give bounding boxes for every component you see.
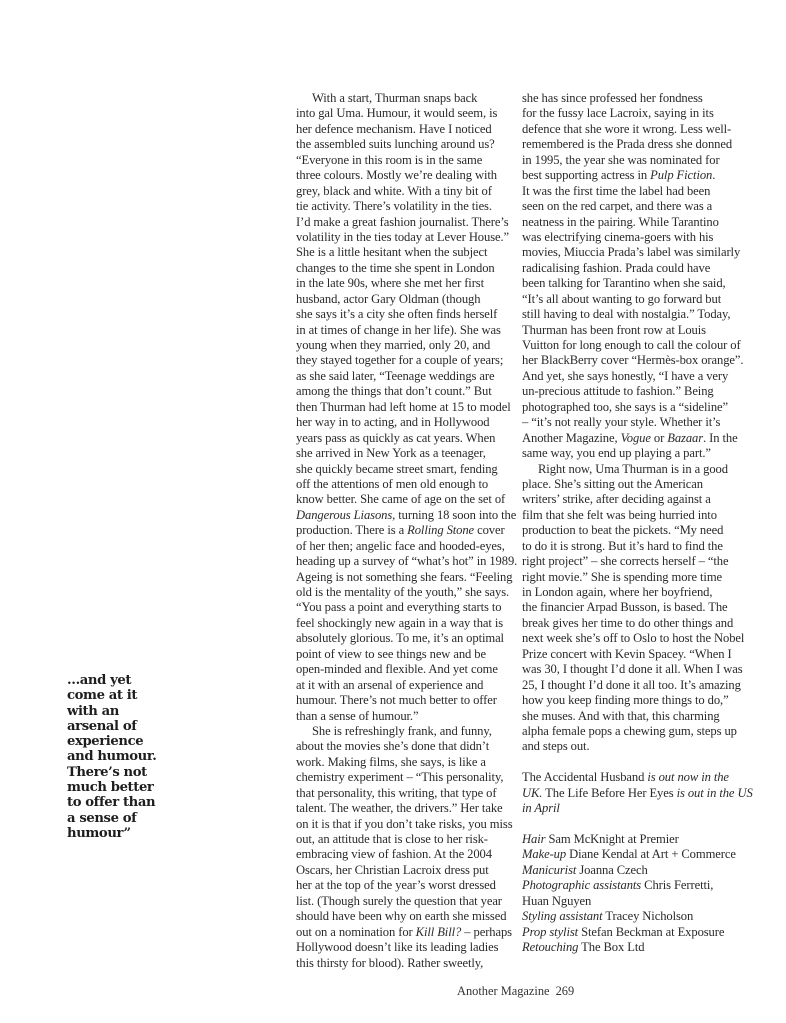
text-run: into gal Uma. Humour, it would seem, is bbox=[296, 106, 497, 120]
article-line: the financier Arpad Busson, is based. Th… bbox=[522, 600, 762, 615]
text-run: Oscars, her Christian Lacroix dress put bbox=[296, 863, 489, 877]
article-line: point of view to see things new and be bbox=[296, 647, 516, 662]
pull-quote-line: and humour. bbox=[67, 749, 187, 764]
text-run: the assembled suits lunching around us? bbox=[296, 137, 495, 151]
article-line: remembered is the Prada dress she donned bbox=[522, 137, 762, 152]
article-line: It was the first time the label had been bbox=[522, 184, 762, 199]
text-run: among the things that don’t count.” But bbox=[296, 384, 492, 398]
credit-role: Photographic assistants bbox=[522, 878, 641, 892]
article-line: open-minded and flexible. And yet come bbox=[296, 662, 516, 677]
text-run: same way, you end up playing a part.” bbox=[522, 446, 711, 460]
article-line: then Thurman had left home at 15 to mode… bbox=[296, 400, 516, 415]
article-line: Oscars, her Christian Lacroix dress put bbox=[296, 863, 516, 878]
article-line: should have been why on earth she missed bbox=[296, 909, 516, 924]
text-run: this thirsty for blood). Rather sweetly, bbox=[296, 956, 483, 970]
film-title: The Accidental Husband bbox=[522, 770, 644, 784]
credit-line: Manicurist Joanna Czech bbox=[522, 863, 762, 878]
text-run: seen on the red carpet, and there was a bbox=[522, 199, 712, 213]
article-line: Hollywood doesn’t like its leading ladie… bbox=[296, 940, 516, 955]
credit-line: Retouching The Box Ltd bbox=[522, 940, 762, 955]
article-line: volatility in the ties today at Lever Ho… bbox=[296, 230, 516, 245]
article-line: And yet, she says honestly, “I have a ve… bbox=[522, 369, 762, 384]
article-line: She is refreshingly frank, and funny, bbox=[296, 724, 516, 739]
article-line: years pass as quickly as cat years. When bbox=[296, 431, 516, 446]
article-line: “You pass a point and everything starts … bbox=[296, 600, 516, 615]
credit-line: Styling assistant Tracey Nicholson bbox=[522, 909, 762, 924]
text-run: cover bbox=[474, 523, 505, 537]
pull-quote-line: a sense of bbox=[67, 811, 187, 826]
text-run: list. (Though surely the question that y… bbox=[296, 894, 502, 908]
article-line: still having to deal with nostalgia.” To… bbox=[522, 307, 762, 322]
article-line: heading up a survey of “what’s hot” in 1… bbox=[296, 554, 516, 569]
article-line: in at times of change in her life). She … bbox=[296, 323, 516, 338]
spacer bbox=[522, 755, 762, 770]
article-line: was 30, I thought I’d done it all. When … bbox=[522, 662, 762, 677]
text-run: alpha female pops a chewing gum, steps u… bbox=[522, 724, 737, 738]
article-line: the assembled suits lunching around us? bbox=[296, 137, 516, 152]
text-run: Hollywood doesn’t like its leading ladie… bbox=[296, 940, 498, 954]
text-run: film that she felt was being hurried int… bbox=[522, 508, 717, 522]
text-run: in at times of change in her life). She … bbox=[296, 323, 501, 337]
credit-line: Prop stylist Stefan Beckman at Exposure bbox=[522, 925, 762, 940]
text-run: Thurman has been front row at Louis bbox=[522, 323, 706, 337]
article-line: her way in to acting, and in Hollywood bbox=[296, 415, 516, 430]
article-line: production to beat the pickets. “My need bbox=[522, 523, 762, 538]
credit-line: Make-up Diane Kendal at Art + Commerce bbox=[522, 847, 762, 862]
article-line: feel shockingly new again in a way that … bbox=[296, 616, 516, 631]
article-line: how you keep finding more things to do,” bbox=[522, 693, 762, 708]
article-line: talent. The weather, the drivers.” Her t… bbox=[296, 801, 516, 816]
text-run: Ageing is not something she fears. “Feel… bbox=[296, 570, 512, 584]
article-line: embracing view of fashion. At the 2004 bbox=[296, 847, 516, 862]
article-line: three colours. Mostly we’re dealing with bbox=[296, 168, 516, 183]
italic-title: Kill Bill? bbox=[416, 925, 462, 939]
text-run: about the movies she’s done that didn’t bbox=[296, 739, 489, 753]
article-line: that personality, this writing, that typ… bbox=[296, 786, 516, 801]
article-line: humour. There’s not much better to offer bbox=[296, 693, 516, 708]
text-run: – “it’s not really your style. Whether i… bbox=[522, 415, 720, 429]
article-line: old is the mentality of the youth,” she … bbox=[296, 585, 516, 600]
article-line: place. She’s sitting out the American bbox=[522, 477, 762, 492]
text-run: her defence mechanism. Have I noticed bbox=[296, 122, 492, 136]
credit-line: Huan Nguyen bbox=[522, 894, 762, 909]
italic-title: Pulp Fiction bbox=[650, 168, 712, 182]
credit-name: The Box Ltd bbox=[578, 940, 644, 954]
pull-quote-line: There’s not bbox=[67, 765, 187, 780]
text-run: “Everyone in this room is in the same bbox=[296, 153, 482, 167]
text-run: “You pass a point and everything starts … bbox=[296, 600, 501, 614]
text-run: feel shockingly new again in a way that … bbox=[296, 616, 503, 630]
text-run: work. Making films, she says, is like a bbox=[296, 755, 486, 769]
text-run: place. She’s sitting out the American bbox=[522, 477, 703, 491]
text-run: as she said later, “Teenage weddings are bbox=[296, 369, 494, 383]
text-run: She is a little hesitant when the subjec… bbox=[296, 245, 487, 259]
text-run: She is refreshingly frank, and funny, bbox=[312, 724, 492, 738]
text-run: off the attentions of men old enough to bbox=[296, 477, 488, 491]
text-run: absolutely glorious. To me, it’s an opti… bbox=[296, 631, 504, 645]
text-run: 25, I thought I’d done it all too. It’s … bbox=[522, 678, 741, 692]
text-run: know better. She came of age on the set … bbox=[296, 492, 505, 506]
article-line: Ageing is not something she fears. “Feel… bbox=[296, 570, 516, 585]
article-line: seen on the red carpet, and there was a bbox=[522, 199, 762, 214]
article-line: I’d make a great fashion journalist. The… bbox=[296, 215, 516, 230]
credit-name: Huan Nguyen bbox=[522, 894, 591, 908]
text-run: photographed too, she says is a “sidelin… bbox=[522, 400, 728, 414]
article-line: she has since professed her fondness bbox=[522, 91, 762, 106]
text-run: in London again, where her boyfriend, bbox=[522, 585, 712, 599]
italic-run: in April bbox=[522, 801, 560, 815]
article-line: grey, black and white. With a tiny bit o… bbox=[296, 184, 516, 199]
text-run: years pass as quickly as cat years. When bbox=[296, 431, 495, 445]
text-run: or bbox=[651, 431, 667, 445]
text-run: right movie.” She is spending more time bbox=[522, 570, 722, 584]
text-run: – perhaps bbox=[461, 925, 512, 939]
text-run: remembered is the Prada dress she donned bbox=[522, 137, 732, 151]
article-line: next week she’s off to Oslo to host the … bbox=[522, 631, 762, 646]
text-run: she says it’s a city she often finds her… bbox=[296, 307, 497, 321]
text-run: next week she’s off to Oslo to host the … bbox=[522, 631, 744, 645]
text-run: the financier Arpad Busson, is based. Th… bbox=[522, 600, 728, 614]
text-run: With a start, Thurman snaps back bbox=[312, 91, 477, 105]
article-line: best supporting actress in Pulp Fiction. bbox=[522, 168, 762, 183]
spacer bbox=[522, 817, 762, 832]
page-number: 269 bbox=[556, 984, 575, 998]
article-line: production. There is a Rolling Stone cov… bbox=[296, 523, 516, 538]
article-line: neatness in the pairing. While Tarantino bbox=[522, 215, 762, 230]
text-run: Right now, Uma Thurman is in a good bbox=[538, 462, 728, 476]
text-run: was electrifying cinema-goers with his bbox=[522, 230, 713, 244]
text-run: It was the first time the label had been bbox=[522, 184, 710, 198]
article-line: off the attentions of men old enough to bbox=[296, 477, 516, 492]
article-line: changes to the time she spent in London bbox=[296, 261, 516, 276]
article-line: – “it’s not really your style. Whether i… bbox=[522, 415, 762, 430]
article-line: radicalising fashion. Prada could have bbox=[522, 261, 762, 276]
text-run: production to beat the pickets. “My need bbox=[522, 523, 723, 537]
article-line: she muses. And with that, this charming bbox=[522, 709, 762, 724]
article-line: as she said later, “Teenage weddings are bbox=[296, 369, 516, 384]
article-line: at it with an arsenal of experience and bbox=[296, 678, 516, 693]
text-run: humour. There’s not much better to offer bbox=[296, 693, 497, 707]
text-run: was 30, I thought I’d done it all. When … bbox=[522, 662, 743, 676]
article-line: movies, Miuccia Prada’s label was simila… bbox=[522, 245, 762, 260]
pull-quote-line: much better bbox=[67, 780, 187, 795]
article-line: to do it is strong. But it’s hard to fin… bbox=[522, 539, 762, 554]
article-line: absolutely glorious. To me, it’s an opti… bbox=[296, 631, 516, 646]
credit-role: Hair bbox=[522, 832, 545, 846]
text-run: heading up a survey of “what’s hot” in 1… bbox=[296, 554, 517, 568]
article-line: her defence mechanism. Have I noticed bbox=[296, 122, 516, 137]
text-run: she has since professed her fondness bbox=[522, 91, 703, 105]
pull-quote-line: arsenal of bbox=[67, 719, 187, 734]
text-run: changes to the time she spent in London bbox=[296, 261, 495, 275]
article-line: right movie.” She is spending more time bbox=[522, 570, 762, 585]
text-run: “It’s all about wanting to go forward bu… bbox=[522, 292, 721, 306]
text-run: I’d make a great fashion journalist. The… bbox=[296, 215, 509, 229]
credit-line: Hair Sam McKnight at Premier bbox=[522, 832, 762, 847]
article-line: know better. She came of age on the set … bbox=[296, 492, 516, 507]
text-run: how you keep finding more things to do,” bbox=[522, 693, 729, 707]
credit-role: Prop stylist bbox=[522, 925, 578, 939]
article-line: tie activity. There’s volatility in the … bbox=[296, 199, 516, 214]
italic-title: Dangerous Liasons bbox=[296, 508, 392, 522]
pull-quote-line: experience bbox=[67, 734, 187, 749]
text-run: chemistry experiment – “This personality… bbox=[296, 770, 503, 784]
credit-line: Photographic assistants Chris Ferretti, bbox=[522, 878, 762, 893]
article-line: this thirsty for blood). Rather sweetly, bbox=[296, 956, 516, 971]
credit-name: Stefan Beckman at Exposure bbox=[578, 925, 724, 939]
text-run: talent. The weather, the drivers.” Her t… bbox=[296, 801, 503, 815]
text-run: Prize concert with Kevin Spacey. “When I bbox=[522, 647, 732, 661]
text-run: embracing view of fashion. At the 2004 bbox=[296, 847, 492, 861]
article-line: Right now, Uma Thurman is in a good bbox=[522, 462, 762, 477]
article-line: was electrifying cinema-goers with his bbox=[522, 230, 762, 245]
text-run: out on a nomination for bbox=[296, 925, 416, 939]
article-line: Another Magazine, Vogue or Bazaar. In th… bbox=[522, 431, 762, 446]
text-run: and steps out. bbox=[522, 739, 590, 753]
text-run: been talking for Tarantino when she said… bbox=[522, 276, 726, 290]
credit-role: Styling assistant bbox=[522, 909, 603, 923]
article-line: un-precious attitude to fashion.” Being bbox=[522, 384, 762, 399]
article-line: “Everyone in this room is in the same bbox=[296, 153, 516, 168]
text-run: her BlackBerry cover “Hermès-box orange”… bbox=[522, 353, 743, 367]
text-run: out, an attitude that is close to her ri… bbox=[296, 832, 488, 846]
text-run: for the fussy lace Lacroix, saying in it… bbox=[522, 106, 714, 120]
credit-name: Diane Kendal at Art + Commerce bbox=[566, 847, 736, 861]
page-footer: Another Magazine269 bbox=[457, 984, 574, 999]
text-run: at it with an arsenal of experience and bbox=[296, 678, 483, 692]
article-line: list. (Though surely the question that y… bbox=[296, 894, 516, 909]
text-run: point of view to see things new and be bbox=[296, 647, 486, 661]
text-run: that personality, this writing, that typ… bbox=[296, 786, 496, 800]
credit-role: Make-up bbox=[522, 847, 566, 861]
article-line: Vuitton for long enough to call the colo… bbox=[522, 338, 762, 353]
credit-role: Manicurist bbox=[522, 863, 576, 877]
text-run: right project” – she corrects herself – … bbox=[522, 554, 728, 568]
italic-title: Bazaar bbox=[667, 431, 703, 445]
article-line: break gives her time to do other things … bbox=[522, 616, 762, 631]
text-run: Another Magazine, bbox=[522, 431, 621, 445]
article-line: into gal Uma. Humour, it would seem, is bbox=[296, 106, 516, 121]
article-line: out on a nomination for Kill Bill? – per… bbox=[296, 925, 516, 940]
article-column-left: With a start, Thurman snaps backinto gal… bbox=[296, 91, 516, 971]
text-run: , turning 18 soon into the bbox=[392, 508, 516, 522]
pull-quote: …and yetcome at itwith anarsenal ofexper… bbox=[67, 673, 187, 841]
text-run: un-precious attitude to fashion.” Being bbox=[522, 384, 714, 398]
text-run: writers’ strike, after deciding against … bbox=[522, 492, 711, 506]
article-column-right: she has since professed her fondnessfor … bbox=[522, 91, 762, 956]
text-run: movies, Miuccia Prada’s label was simila… bbox=[522, 245, 740, 259]
article-line: work. Making films, she says, is like a bbox=[296, 755, 516, 770]
article-line: in 1995, the year she was nominated for bbox=[522, 153, 762, 168]
article-line: she arrived in New York as a teenager, bbox=[296, 446, 516, 461]
pull-quote-line: come at it bbox=[67, 688, 187, 703]
text-run: three colours. Mostly we’re dealing with bbox=[296, 168, 497, 182]
text-run: And yet, she says honestly, “I have a ve… bbox=[522, 369, 728, 383]
pull-quote-line: to offer than bbox=[67, 795, 187, 810]
article-line: among the things that don’t count.” But bbox=[296, 384, 516, 399]
article-line: Dangerous Liasons, turning 18 soon into … bbox=[296, 508, 516, 523]
text-run: tie activity. There’s volatility in the … bbox=[296, 199, 492, 213]
credit-name: Tracey Nicholson bbox=[603, 909, 694, 923]
article-line: writers’ strike, after deciding against … bbox=[522, 492, 762, 507]
text-run: to do it is strong. But it’s hard to fin… bbox=[522, 539, 723, 553]
article-line: than a sense of humour.” bbox=[296, 709, 516, 724]
italic-run: UK. bbox=[522, 786, 542, 800]
article-line: on it is that if you don’t take risks, y… bbox=[296, 817, 516, 832]
article-line: Prize concert with Kevin Spacey. “When I bbox=[522, 647, 762, 662]
article-line: she quickly became street smart, fending bbox=[296, 462, 516, 477]
article-line: same way, you end up playing a part.” bbox=[522, 446, 762, 461]
article-line: in London again, where her boyfriend, bbox=[522, 585, 762, 600]
article-line: 25, I thought I’d done it all too. It’s … bbox=[522, 678, 762, 693]
text-run: they stayed together for a couple of yea… bbox=[296, 353, 503, 367]
text-run: radicalising fashion. Prada could have bbox=[522, 261, 710, 275]
text-run: should have been why on earth she missed bbox=[296, 909, 506, 923]
text-run: open-minded and flexible. And yet come bbox=[296, 662, 498, 676]
article-line: husband, actor Gary Oldman (though bbox=[296, 292, 516, 307]
release-note-line: in April bbox=[522, 801, 762, 816]
pull-quote-line: …and yet bbox=[67, 673, 187, 688]
text-run: in 1995, the year she was nominated for bbox=[522, 153, 720, 167]
release-note-line: UK. The Life Before Her Eyes is out in t… bbox=[522, 786, 762, 801]
text-run: . In the bbox=[703, 431, 738, 445]
article-line: defence that she wore it wrong. Less wel… bbox=[522, 122, 762, 137]
photo-credits: Hair Sam McKnight at PremierMake-up Dian… bbox=[522, 832, 762, 956]
article-line: film that she felt was being hurried int… bbox=[522, 508, 762, 523]
text-run: her at the top of the year’s worst dress… bbox=[296, 878, 496, 892]
text-run: old is the mentality of the youth,” she … bbox=[296, 585, 509, 599]
article-line: out, an attitude that is close to her ri… bbox=[296, 832, 516, 847]
text-run: grey, black and white. With a tiny bit o… bbox=[296, 184, 492, 198]
text-run: of her then; angelic face and hooded-eye… bbox=[296, 539, 505, 553]
article-body-right: she has since professed her fondnessfor … bbox=[522, 91, 762, 755]
text-run: break gives her time to do other things … bbox=[522, 616, 733, 630]
credit-role: Retouching bbox=[522, 940, 578, 954]
italic-run: is out in the US bbox=[674, 786, 753, 800]
text-run: volatility in the ties today at Lever Ho… bbox=[296, 230, 509, 244]
pull-quote-line: with an bbox=[67, 704, 187, 719]
pull-quote-line: humour” bbox=[67, 826, 187, 841]
article-line: photographed too, she says is a “sidelin… bbox=[522, 400, 762, 415]
text-run: still having to deal with nostalgia.” To… bbox=[522, 307, 730, 321]
text-run: on it is that if you don’t take risks, y… bbox=[296, 817, 513, 831]
article-line: for the fussy lace Lacroix, saying in it… bbox=[522, 106, 762, 121]
article-line: she says it’s a city she often finds her… bbox=[296, 307, 516, 322]
article-line: With a start, Thurman snaps back bbox=[296, 91, 516, 106]
italic-title: Vogue bbox=[621, 431, 651, 445]
text-run: production. There is a bbox=[296, 523, 407, 537]
article-line: alpha female pops a chewing gum, steps u… bbox=[522, 724, 762, 739]
text-run: than a sense of humour.” bbox=[296, 709, 418, 723]
text-run: best supporting actress in bbox=[522, 168, 650, 182]
article-line: her at the top of the year’s worst dress… bbox=[296, 878, 516, 893]
article-line: right project” – she corrects herself – … bbox=[522, 554, 762, 569]
text-run: her way in to acting, and in Hollywood bbox=[296, 415, 489, 429]
text-run: young when they married, only 20, and bbox=[296, 338, 490, 352]
article-line: and steps out. bbox=[522, 739, 762, 754]
credit-name: Chris Ferretti, bbox=[641, 878, 713, 892]
article-line: chemistry experiment – “This personality… bbox=[296, 770, 516, 785]
article-line: they stayed together for a couple of yea… bbox=[296, 353, 516, 368]
release-note-line: The Accidental Husband is out now in the bbox=[522, 770, 762, 785]
text-run: neatness in the pairing. While Tarantino bbox=[522, 215, 719, 229]
article-line: “It’s all about wanting to go forward bu… bbox=[522, 292, 762, 307]
italic-title: Rolling Stone bbox=[407, 523, 474, 537]
credit-name: Joanna Czech bbox=[576, 863, 647, 877]
article-line: about the movies she’s done that didn’t bbox=[296, 739, 516, 754]
text-run: Vuitton for long enough to call the colo… bbox=[522, 338, 741, 352]
text-run: husband, actor Gary Oldman (though bbox=[296, 292, 480, 306]
article-line: young when they married, only 20, and bbox=[296, 338, 516, 353]
text-run: . bbox=[712, 168, 715, 182]
article-line: been talking for Tarantino when she said… bbox=[522, 276, 762, 291]
credit-name: Sam McKnight at Premier bbox=[545, 832, 678, 846]
text-run: defence that she wore it wrong. Less wel… bbox=[522, 122, 731, 136]
publication-name: Another Magazine bbox=[457, 984, 550, 998]
text-run: then Thurman had left home at 15 to mode… bbox=[296, 400, 511, 414]
article-line: her BlackBerry cover “Hermès-box orange”… bbox=[522, 353, 762, 368]
text-run: she arrived in New York as a teenager, bbox=[296, 446, 486, 460]
film-title: The Life Before Her Eyes bbox=[542, 786, 673, 800]
text-run: she muses. And with that, this charming bbox=[522, 709, 720, 723]
article-line: of her then; angelic face and hooded-eye… bbox=[296, 539, 516, 554]
article-line: She is a little hesitant when the subjec… bbox=[296, 245, 516, 260]
article-line: Thurman has been front row at Louis bbox=[522, 323, 762, 338]
text-run: she quickly became street smart, fending bbox=[296, 462, 498, 476]
article-line: in the late 90s, where she met her first bbox=[296, 276, 516, 291]
italic-run: is out now in the bbox=[644, 770, 729, 784]
text-run: in the late 90s, where she met her first bbox=[296, 276, 484, 290]
release-note: The Accidental Husband is out now in the… bbox=[522, 770, 762, 816]
